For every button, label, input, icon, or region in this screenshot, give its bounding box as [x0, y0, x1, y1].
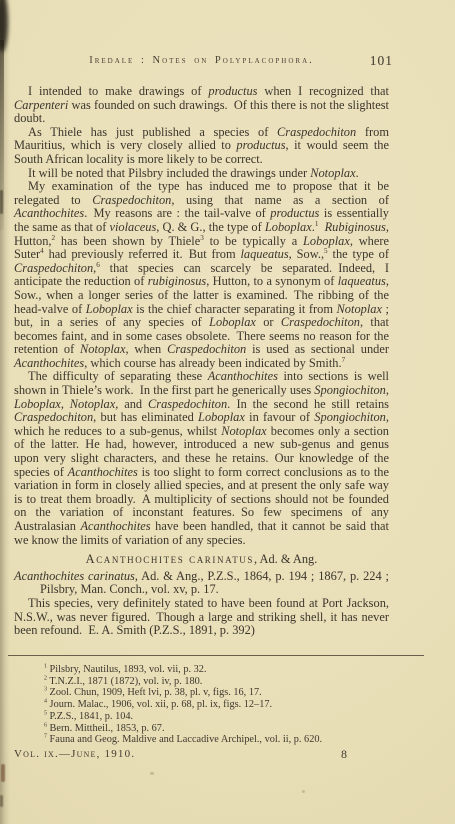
species-name: Notoplax [310, 166, 355, 180]
running-title: Iredale : Notes on Polyplacophora. [14, 55, 389, 66]
smallcaps-text: Acanthochites carinatus [86, 552, 254, 566]
scanned-page: Iredale : Notes on Polyplacophora. 101 I… [0, 0, 455, 824]
volume-date-line: Vol. ix.—June, 1910. [14, 748, 135, 760]
species-name: Craspedochiton [92, 193, 171, 207]
species-name: rubiginosus [148, 274, 207, 288]
text-run: the type of [328, 247, 389, 261]
paragraph: It will be noted that Pilsbry included t… [14, 167, 389, 181]
text-run: , but has eliminated [93, 410, 198, 424]
footnotes: 1 Pilsbry, Nautilus, 1893, vol. vii, p. … [44, 664, 422, 746]
species-name: Notoplax [70, 397, 115, 411]
species-name: Loboplax [265, 220, 312, 234]
footnote-rule [8, 655, 424, 656]
species-name: Craspedochiton [167, 342, 246, 356]
footnote: 4 Journ. Malac., 1906, vol. xii, p. 68, … [44, 699, 422, 711]
species-name: Notoplax [80, 342, 125, 356]
text-run: is the chief character separating it fro… [133, 302, 337, 316]
species-name: Spongiochiton [314, 383, 386, 397]
scan-blotch [0, 795, 3, 807]
text-run: . [356, 166, 359, 180]
species-name: Carpenteri [14, 98, 68, 112]
scan-blotch [1, 764, 5, 782]
footnote-number: 2 [44, 675, 47, 681]
species-name: Loboplax [303, 234, 350, 248]
text-run: . In the second he still retains [227, 397, 389, 411]
text-run: , Ad. & Ang. [254, 552, 317, 566]
footnote-number: 7 [44, 734, 47, 740]
species-name: Acanthochites [14, 206, 84, 220]
paper-speck [150, 772, 154, 775]
species-name: productus [236, 138, 285, 152]
text-run: is used as sectional under [246, 342, 389, 356]
paragraph: This species, very definitely stated to … [14, 597, 389, 638]
footnote-number: 1 [44, 664, 47, 670]
signature-mark: 8 [341, 747, 347, 762]
species-name: Craspedochiton [14, 261, 93, 275]
species-name: Acanthochites [80, 519, 150, 533]
text-run: to be typically a [204, 234, 303, 248]
text-run: , when [125, 342, 167, 356]
species-name: laqueatus [240, 247, 288, 261]
running-header: Iredale : Notes on Polyplacophora. 101 [14, 55, 389, 71]
text-run: This species, very definitely stated to … [14, 596, 389, 637]
footnote: 7 Fauna and Geog. Maldive and Laccadive … [44, 734, 422, 746]
text-run: had previously referred it. But from [44, 247, 241, 261]
footnote: 2 T.N.Z.I., 1871 (1872), vol. iv, p. 180… [44, 676, 422, 688]
paragraph: The difficulty of separating these Acant… [14, 370, 389, 547]
species-name: Loboplax [198, 410, 245, 424]
species-name: Loboplax [86, 302, 133, 316]
page-number: 101 [370, 53, 393, 69]
paragraph: I intended to make drawings of productus… [14, 85, 389, 126]
species-name: productus [270, 206, 319, 220]
text-run: , Hutton, to a synonym of [206, 274, 337, 288]
text-run: , [386, 383, 389, 397]
page-content: Iredale : Notes on Polyplacophora. 101 I… [14, 55, 389, 638]
section-heading: Acanthochites carinatus, Ad. & Ang. [14, 553, 389, 567]
footnote-ref: 7 [342, 356, 346, 364]
species-name: Loboplax [209, 315, 256, 329]
footnote: 1 Pilsbry, Nautilus, 1893, vol. vii, p. … [44, 664, 422, 676]
species-name: Craspedochiton [277, 125, 356, 139]
species-name: violaceus [109, 220, 156, 234]
footnote-number: 5 [44, 710, 47, 716]
species-name: Craspedochiton [281, 315, 360, 329]
species-name: Notoplax [221, 424, 266, 438]
footnote: 5 P.Z.S., 1841, p. 104. [44, 711, 422, 723]
species-name: Acanthochites [14, 356, 84, 370]
text-run: in favour of [245, 410, 314, 424]
citation-line: Acanthochites carinatus, Ad. & Ang., P.Z… [14, 570, 389, 597]
text-run: , Sow., [289, 247, 324, 261]
text-run: , Q. & G., the type of [156, 220, 265, 234]
text-run: The difficulty of separating these [28, 369, 208, 383]
species-name: Acanthochites [68, 465, 138, 479]
species-name: Acanthochites carinatus [14, 569, 135, 583]
paper-speck [302, 790, 305, 793]
species-name: Acanthochites [208, 369, 278, 383]
text-run: As Thiele has just published a species o… [28, 125, 277, 139]
footnote: 6 Bern. Mittheil., 1853, p. 67. [44, 723, 422, 735]
species-name: Notoplax [337, 302, 382, 316]
text-run: when I recognized that [258, 84, 389, 98]
text-run: It will be noted that Pilsbry included t… [28, 166, 310, 180]
text-run: I intended to make drawings of [28, 84, 208, 98]
species-name: Rubiginosus [325, 220, 386, 234]
species-name: Craspedochiton [14, 410, 93, 424]
text-run: was founded on such drawings. Of this th… [14, 98, 389, 126]
footnote-number: 4 [44, 699, 47, 705]
species-name: Craspedochiton [148, 397, 227, 411]
text-run: , which course has already been indicate… [84, 356, 341, 370]
footnote-number: 3 [44, 687, 47, 693]
species-name: laqueatus [338, 274, 386, 288]
species-name: Spongiochiton [314, 410, 386, 424]
scan-blotch [0, 190, 3, 214]
species-name: Loboplax [14, 397, 61, 411]
text-run: or [256, 315, 281, 329]
paragraph: As Thiele has just published a species o… [14, 126, 389, 167]
text-flow: I intended to make drawings of productus… [14, 85, 389, 638]
text-run: , and [115, 397, 148, 411]
text-run: . My reasons are : the tail-valve of [84, 206, 270, 220]
text-run: , [61, 397, 70, 411]
text-run: has been shown by Thiele [55, 234, 200, 248]
footnote-number: 6 [44, 722, 47, 728]
species-name: productus [208, 84, 257, 98]
paragraph: My examination of the type has induced m… [14, 180, 389, 370]
footnote: 3 Zool. Chun, 1909, Heft lvi, p. 38, pl.… [44, 687, 422, 699]
text-run: , using that name as a section of [171, 193, 389, 207]
